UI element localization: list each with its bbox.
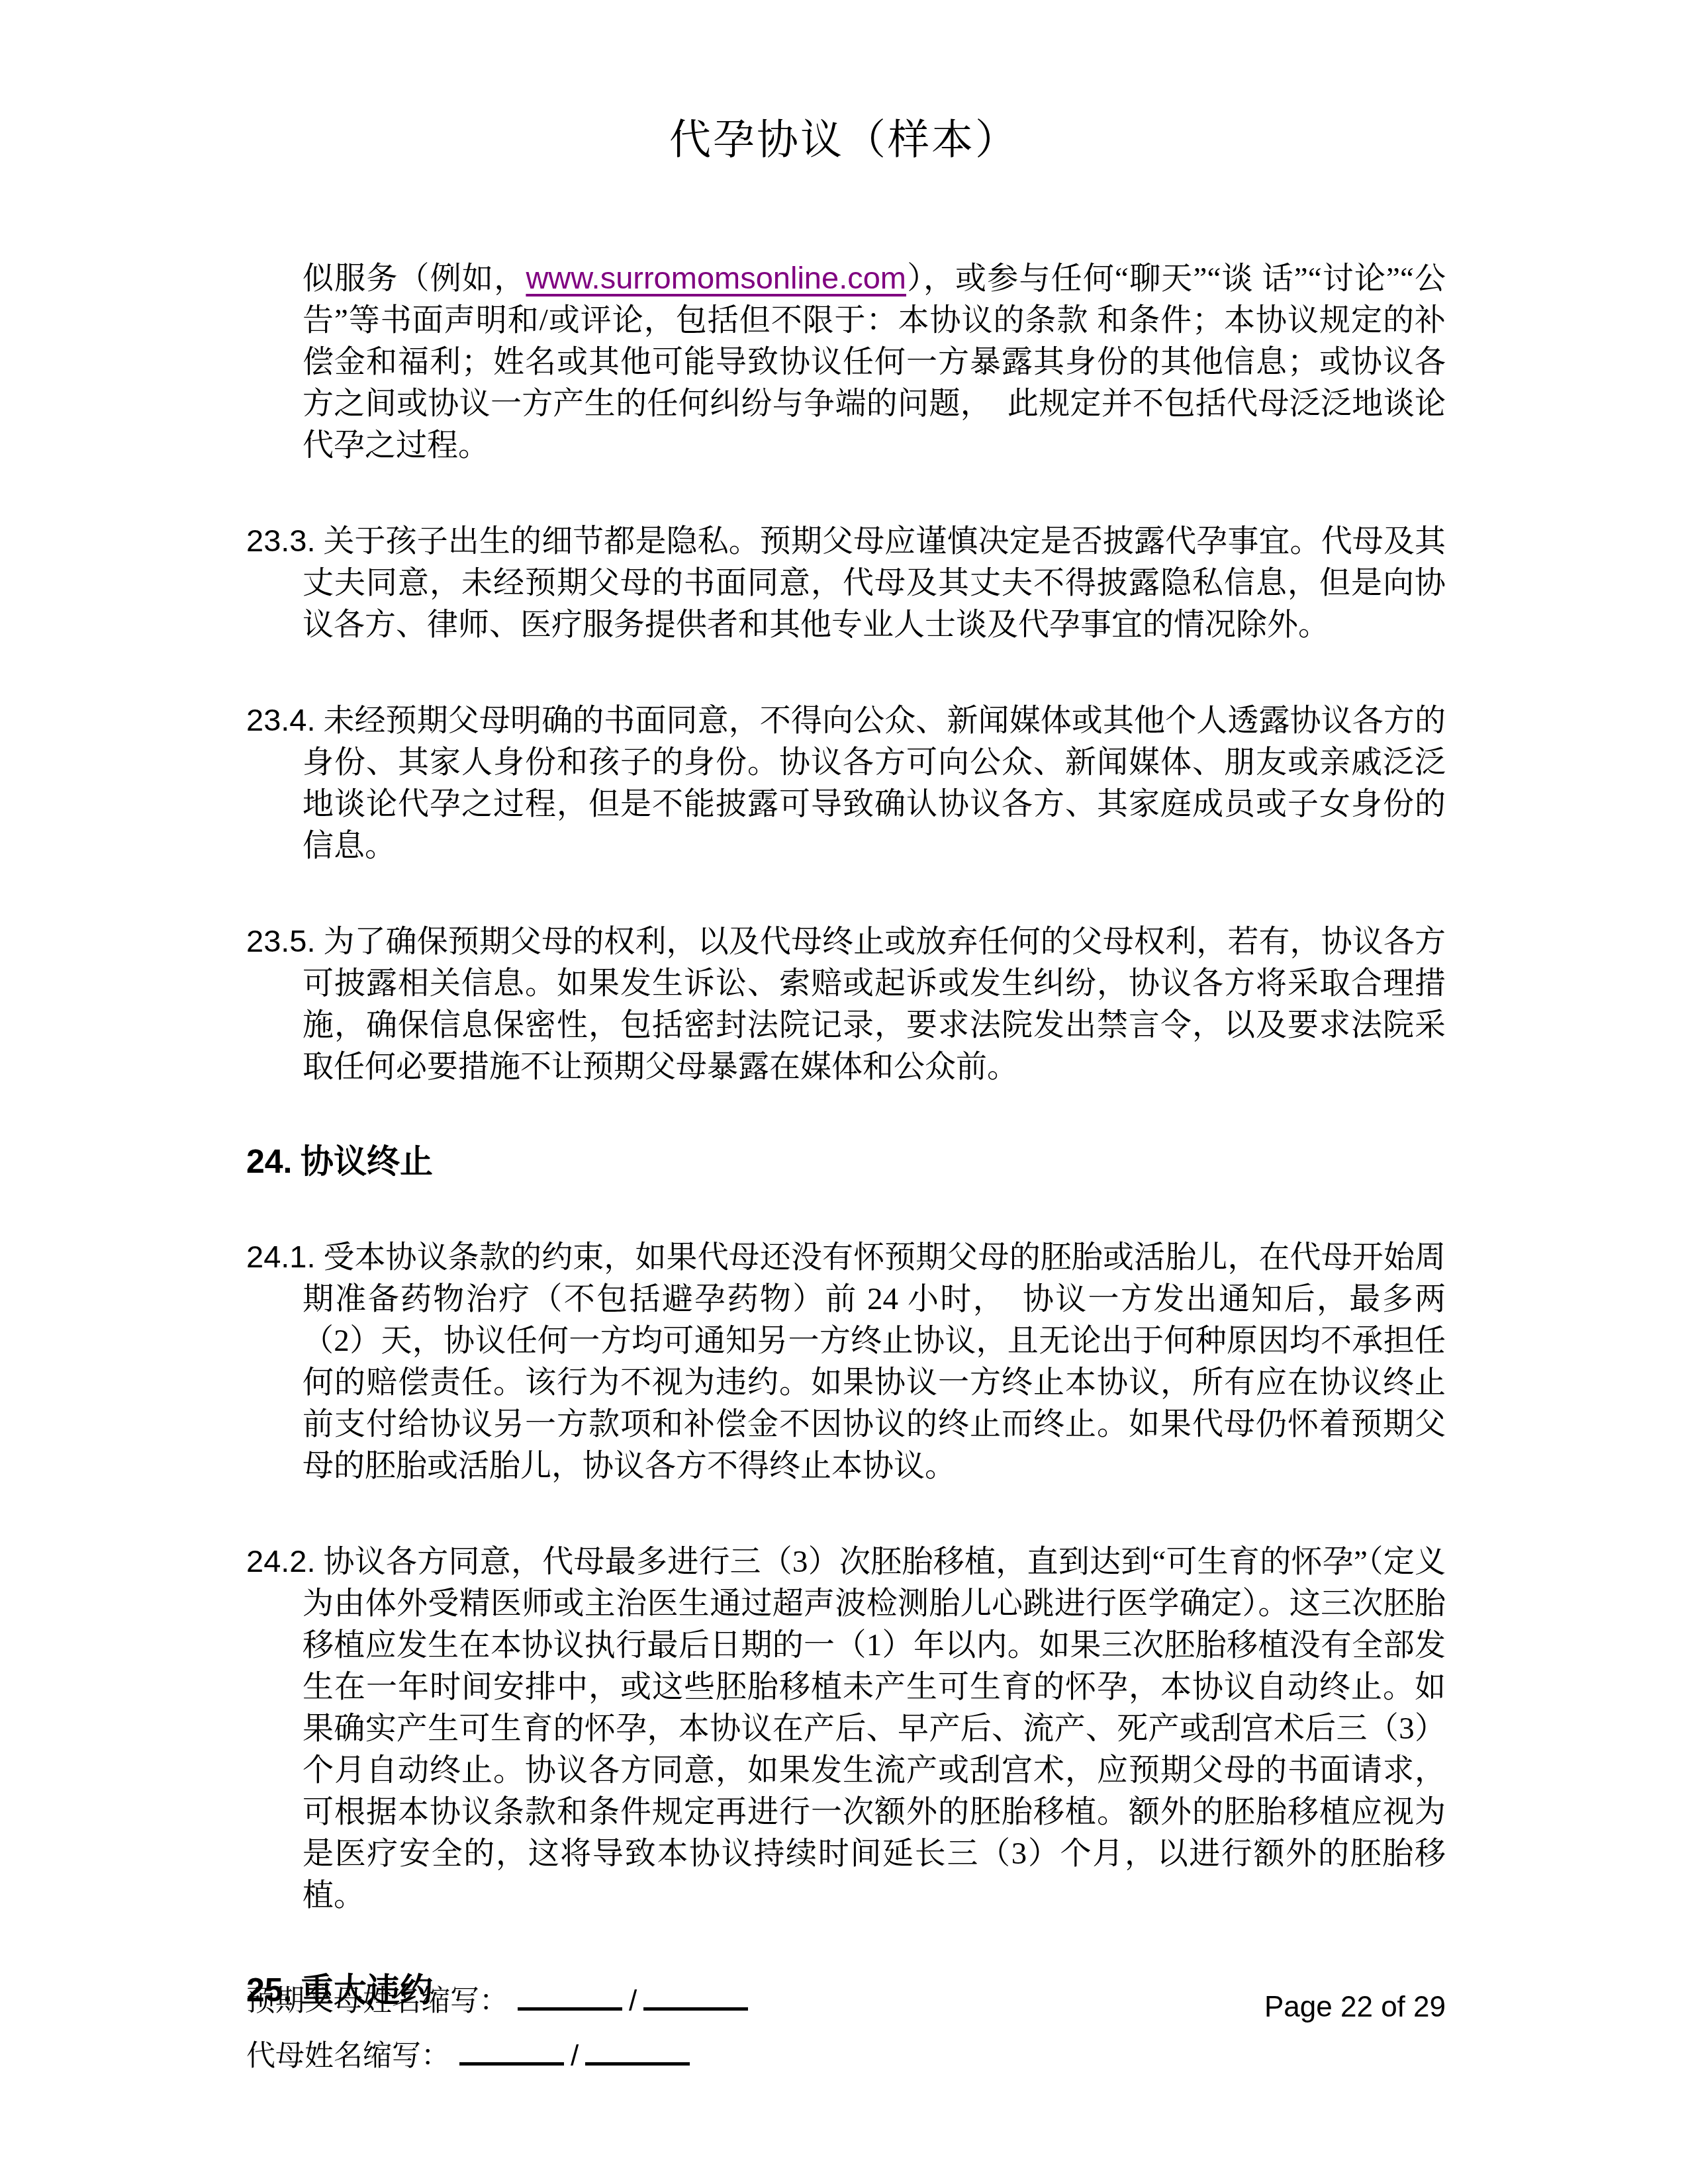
clause-23-5: 23.5. 为了确保预期父母的权利，以及代母终止或放弃任何的父母权利，若有，协议… [246,920,1446,1088]
clause-23-3-text: 关于孩子出生的细节都是隐私。预期父母应谨慎决定是否披露代孕事宜。代母及其丈夫同意… [303,524,1446,642]
clause-23-3-number: 23.3. [246,523,316,558]
document-title: 代孕协议（样本） [0,106,1688,166]
clause-23-5-text: 为了确保预期父母的权利，以及代母终止或放弃任何的父母权利，若有，协议各方可披露相… [303,925,1446,1084]
clause-24-2: 24.2. 协议各方同意，代母最多进行三（3）次胚胎移植，直到达到“可生育的怀孕… [246,1540,1446,1917]
surromomsonline-link[interactable]: www.surromomsonline.com [526,260,906,295]
clause-23-5-number: 23.5. [246,923,316,958]
clause-23-4: 23.4. 未经预期父母明确的书面同意，不得向公众、新闻媒体或其他个人透露协议各… [246,699,1446,867]
intro-paragraph: 似服务（例如，www.surromomsonline.com），或参与任何“聊天… [246,257,1446,467]
surrogate-initials-label: 代母姓名缩写： [246,2040,450,2072]
clause-24-1-text: 受本协议条款的约束，如果代母还没有怀预期父母的胚胎或活胎儿，在代母开始周期准备药… [303,1240,1446,1483]
clause-24-1: 24.1. 受本协议条款的约束，如果代母还没有怀预期父母的胚胎或活胎儿，在代母开… [246,1236,1446,1487]
clause-24-2-text: 协议各方同意，代母最多进行三（3）次胚胎移植，直到达到“可生育的怀孕”（定义为由… [303,1545,1446,1913]
intended-parent-1-initials-blank [518,1982,622,2011]
intro-text-before-link: 似服务（例如， [303,261,526,296]
initials-slash: / [629,1985,637,2017]
intended-parents-initials-label: 预期父母姓名缩写： [246,1985,508,2017]
clause-23-3: 23.3. 关于孩子出生的细节都是隐私。预期父母应谨慎决定是否披露代孕事宜。代母… [246,520,1446,646]
clause-24-1-number: 24.1. [246,1239,316,1274]
document-body: 似服务（例如，www.surromomsonline.com），或参与任何“聊天… [246,257,1446,2064]
section-24-heading: 24. 协议终止 [246,1141,1446,1183]
clause-24-2-number: 24.2. [246,1543,316,1578]
intended-parent-2-initials-blank [643,1982,748,2011]
initials-slash-2: / [571,2040,579,2072]
page-number: Page 22 of 29 [1264,1991,1446,2024]
clause-23-4-text: 未经预期父母明确的书面同意，不得向公众、新闻媒体或其他个人透露协议各方的身份、其… [303,704,1446,863]
section-24-title: 协议终止 [301,1143,433,1180]
surrogate-initials-row: 代母姓名缩写：/ [246,2037,1446,2075]
clause-23-4-number: 23.4. [246,702,316,737]
section-24-number: 24. [246,1143,293,1180]
document-page: 代孕协议（样本） 似服务（例如，www.surromomsonline.com）… [0,0,1688,2184]
surrogate-initials-blank-1 [459,2037,564,2066]
surrogate-initials-blank-2 [585,2037,690,2066]
